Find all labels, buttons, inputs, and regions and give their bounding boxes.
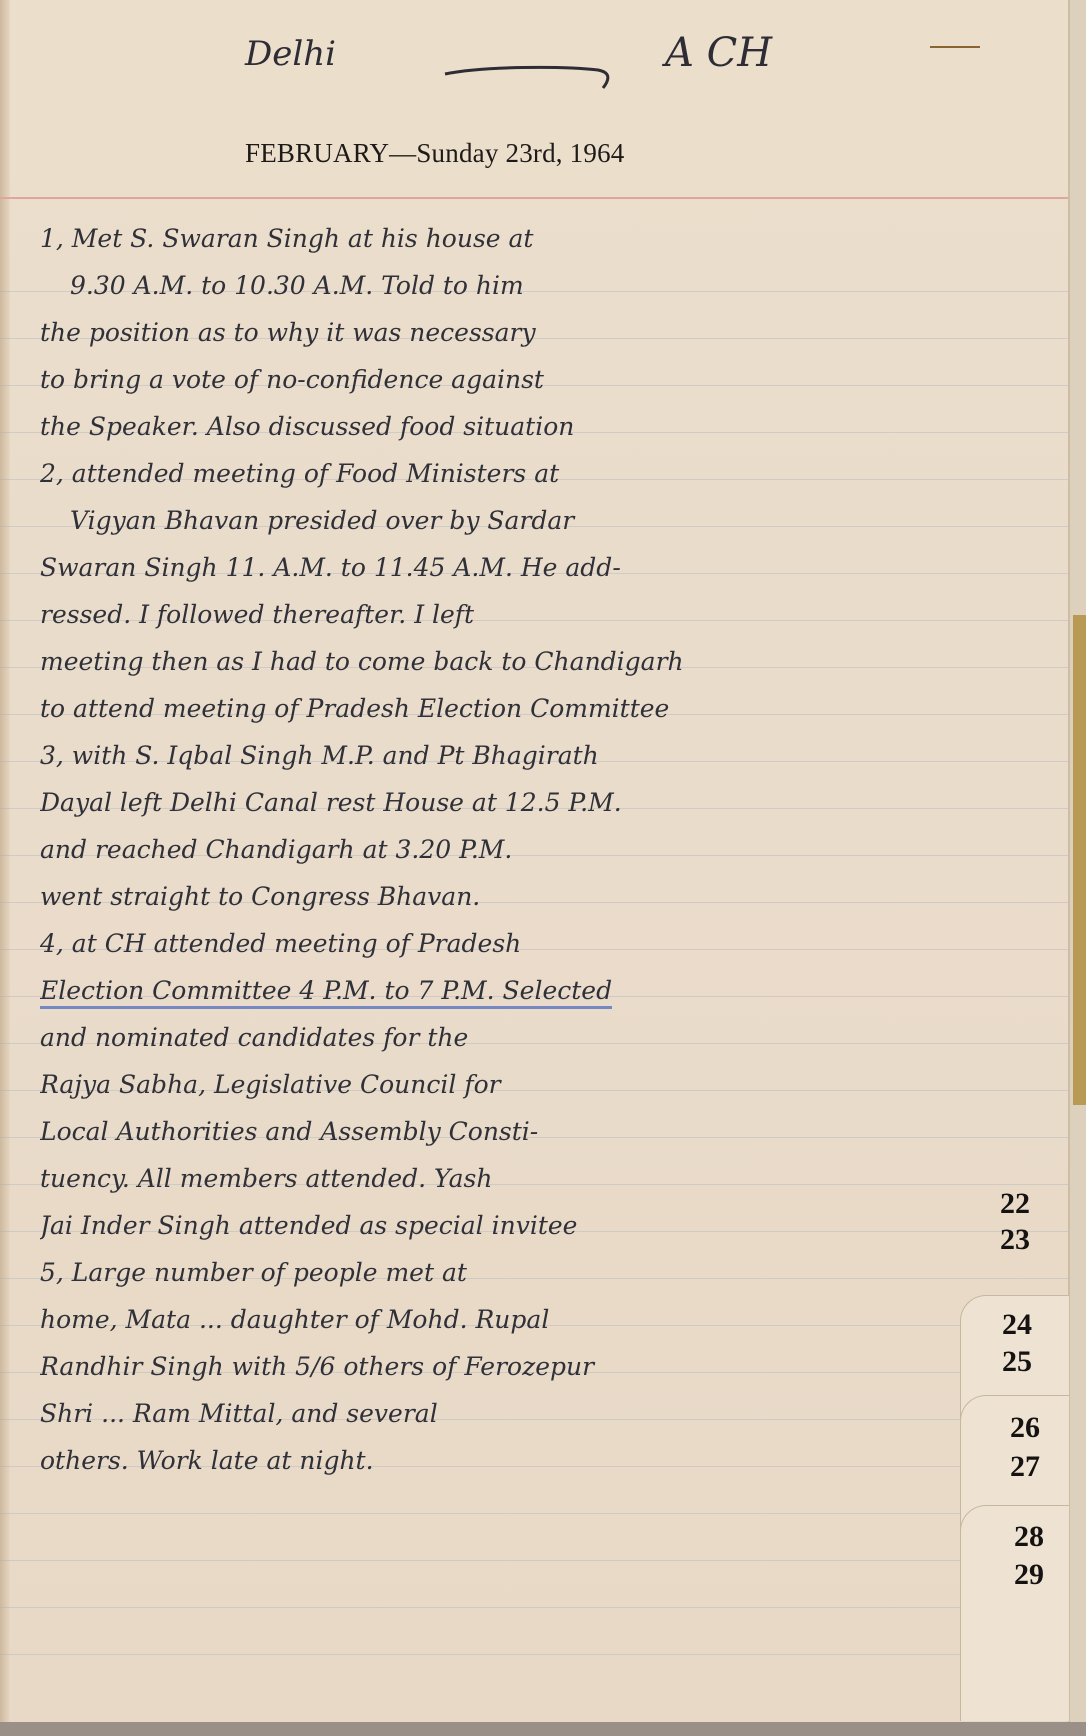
entry-line: Swaran Singh 11. A.M. to 11.45 A.M. He a… — [40, 544, 1040, 591]
entry-line: others. Work late at night. — [40, 1437, 1040, 1484]
entry-line: Jai Inder Singh attended as special invi… — [40, 1202, 1040, 1249]
handwritten-header: Delhi A CH — [245, 22, 965, 92]
page-date: FEBRUARY—Sunday 23rd, 1964 — [245, 138, 624, 169]
entry-line: tuency. All members attended. Yash — [40, 1155, 1040, 1202]
entry-line: 1, Met S. Swaran Singh at his house at — [40, 215, 1040, 262]
header-red-rule — [0, 197, 1068, 199]
entry-line: 4, at CH attended meeting of Pradesh — [40, 920, 1040, 967]
page-bottom-shadow — [0, 1722, 1086, 1736]
date-27[interactable]: 27 — [1010, 1450, 1040, 1484]
entry-line: to bring a vote of no-confidence against — [40, 356, 1040, 403]
date-24[interactable]: 24 — [1002, 1308, 1032, 1342]
date-23: 23 — [1000, 1223, 1030, 1257]
entry-line: Shri ... Ram Mittal, and several — [40, 1390, 1040, 1437]
entry-line: 3, with S. Iqbal Singh M.P. and Pt Bhagi… — [40, 732, 1040, 779]
entry-line: Election Committee 4 P.M. to 7 P.M. Sele… — [40, 967, 1040, 1014]
entry-line: Local Authorities and Assembly Consti- — [40, 1108, 1040, 1155]
entry-line: Dayal left Delhi Canal rest House at 12.… — [40, 779, 1040, 826]
entry-line: the Speaker. Also discussed food situati… — [40, 403, 1040, 450]
date-26[interactable]: 26 — [1010, 1411, 1040, 1445]
origin-city: Delhi — [245, 34, 336, 74]
diary-page: Delhi A CH FEBRUARY—Sunday 23rd, 1964 1,… — [0, 0, 1070, 1722]
entry-line: went straight to Congress Bhavan. — [40, 873, 1040, 920]
colored-tab-strip — [1073, 615, 1086, 1105]
entry-line: meeting then as I had to come back to Ch… — [40, 638, 1040, 685]
entry-line: Vigyan Bhavan presided over by Sardar — [40, 497, 1040, 544]
entry-line: Randhir Singh with 5/6 others of Ferozep… — [40, 1343, 1040, 1390]
entry-line: ressed. I followed thereafter. I left — [40, 591, 1040, 638]
entry-line: 9.30 A.M. to 10.30 A.M. Told to him — [40, 262, 1040, 309]
date-25[interactable]: 25 — [1002, 1345, 1032, 1379]
date-22: 22 — [1000, 1187, 1030, 1221]
entry-line: 5, Large number of people met at — [40, 1249, 1040, 1296]
entry-line: Rajya Sabha, Legislative Council for — [40, 1061, 1040, 1108]
entry-line: and nominated candidates for the — [40, 1014, 1040, 1061]
entry-line: home, Mata ... daughter of Mohd. Rupal — [40, 1296, 1040, 1343]
ink-mark — [930, 46, 980, 48]
destination-city: A CH — [665, 30, 772, 76]
date-28[interactable]: 28 — [1014, 1520, 1044, 1554]
entry-line: 2, attended meeting of Food Ministers at — [40, 450, 1040, 497]
arrow-right-icon — [443, 60, 618, 90]
date-29[interactable]: 29 — [1014, 1558, 1044, 1592]
date-index-tabs: 22 23 24 25 26 27 28 29 — [960, 1165, 1068, 1720]
entry-line: and reached Chandigarh at 3.20 P.M. — [40, 826, 1040, 873]
entry-line: the position as to why it was necessary — [40, 309, 1040, 356]
diary-entry: 1, Met S. Swaran Singh at his house at 9… — [40, 215, 1040, 1484]
entry-line: to attend meeting of Pradesh Election Co… — [40, 685, 1040, 732]
